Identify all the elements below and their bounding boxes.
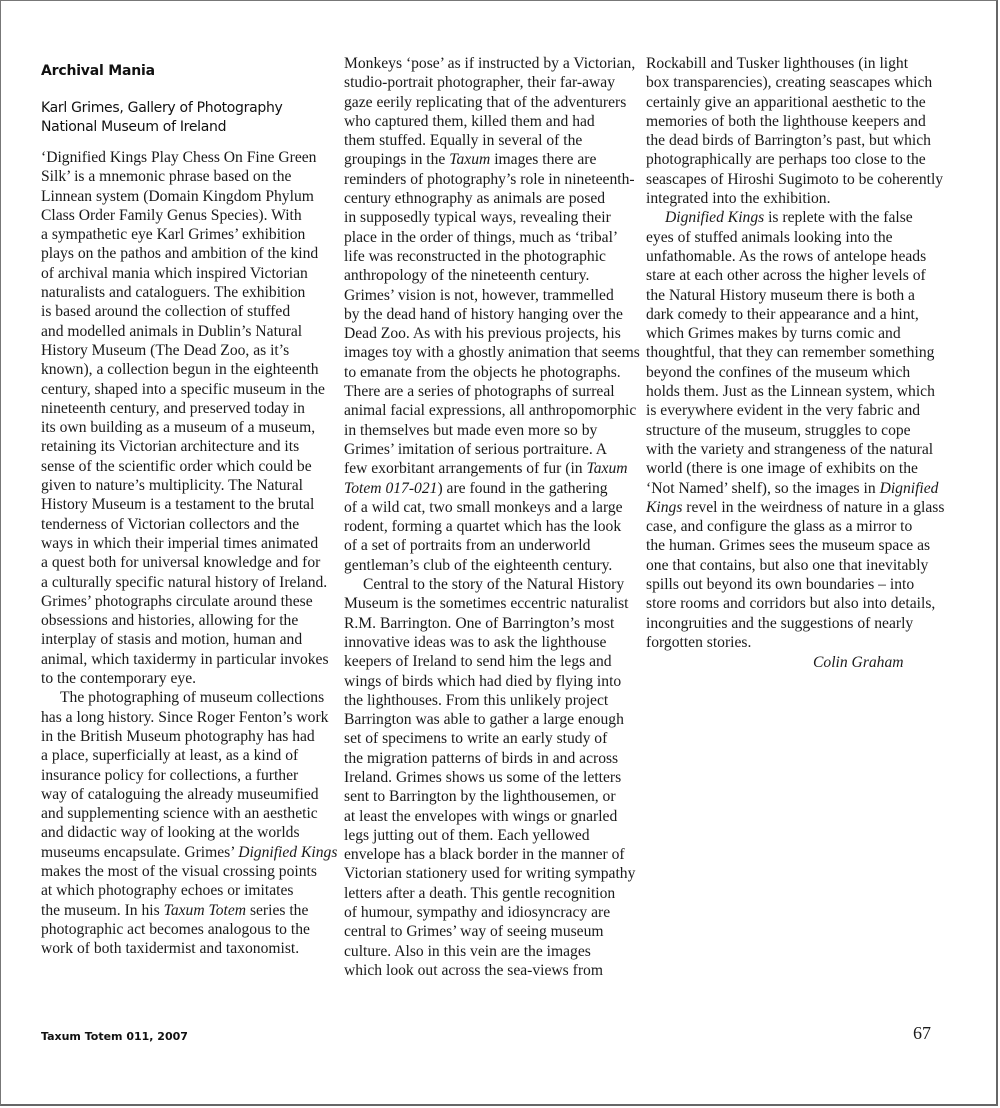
text-column-3: Rockabill and Tusker lighthouses (in lig…: [646, 54, 944, 652]
text-line: life was reconstructed in the photograph…: [344, 247, 640, 266]
text-line: tenderness of Victorian collectors and t…: [41, 515, 337, 534]
text-line: world (there is one image of exhibits on…: [646, 459, 944, 478]
italic-title: Kings: [646, 499, 682, 516]
text-line: work of both taxidermist and taxonomist.: [41, 939, 337, 958]
text-line: There are a series of photographs of sur…: [344, 382, 640, 401]
text-line: has a long history. Since Roger Fenton’s…: [41, 708, 337, 727]
text-line: Barrington was able to gather a large en…: [344, 710, 640, 729]
text-line: museums encapsulate. Grimes’ Dignified K…: [41, 843, 337, 862]
italic-title: Taxum: [449, 151, 490, 168]
text-line: Totem 017-021) are found in the gatherin…: [344, 479, 640, 498]
text-line: is everywhere evident in the very fabric…: [646, 401, 944, 420]
text-line: makes the most of the visual crossing po…: [41, 862, 337, 881]
image-caption: Taxum Totem 011, 2007: [41, 1030, 188, 1043]
text-line: R.M. Barrington. One of Barrington’s mos…: [344, 614, 640, 633]
text-line: nineteenth century, and preserved today …: [41, 399, 337, 418]
text-line: century, shaped into a specific museum i…: [41, 380, 337, 399]
text-line: and didactic way of looking at the world…: [41, 823, 337, 842]
text-line: memories of both the lighthouse keepers …: [646, 112, 944, 131]
text-line: store rooms and corridors but also into …: [646, 594, 944, 613]
text-line: a sympathetic eye Karl Grimes’ exhibitio…: [41, 225, 337, 244]
text-line: thoughtful, that they can remember somet…: [646, 343, 944, 362]
text-line: of archival mania which inspired Victori…: [41, 264, 337, 283]
text-line: legs jutting out of them. Each yellowed: [344, 826, 640, 845]
text-line: them stuffed. Equally in several of the: [344, 131, 640, 150]
text-line: letters after a death. This gentle recog…: [344, 884, 640, 903]
text-line: Grimes’ imitation of serious portraiture…: [344, 440, 640, 459]
text-line: case, and configure the glass as a mirro…: [646, 517, 944, 536]
text-column-1: ‘Dignified Kings Play Chess On Fine Gree…: [41, 148, 337, 958]
italic-title: Taxum: [586, 460, 627, 477]
text-line: to the contemporary eye.: [41, 669, 337, 688]
text-line: Rockabill and Tusker lighthouses (in lig…: [646, 54, 944, 73]
text-line: gentleman’s club of the eighteenth centu…: [344, 556, 640, 575]
text-line: box transparencies), creating seascapes …: [646, 73, 944, 92]
text-line: eyes of stuffed animals looking into the: [646, 228, 944, 247]
text-line: to emanate from the objects he photograp…: [344, 363, 640, 382]
italic-title: Dignified Kings: [665, 209, 764, 226]
text-line: given to nature’s multiplicity. The Natu…: [41, 476, 337, 495]
text-line: which Grimes makes by turns comic and: [646, 324, 944, 343]
text-line: and modelled animals in Dublin’s Natural: [41, 322, 337, 341]
text-line: a culturally specific natural history of…: [41, 573, 337, 592]
text-line: in the British Museum photography has ha…: [41, 727, 337, 746]
text-line: Dead Zoo. As with his previous projects,…: [344, 324, 640, 343]
text-line: ways in which their imperial times anima…: [41, 534, 337, 553]
byline-line-artist: Karl Grimes, Gallery of Photography: [41, 99, 283, 118]
text-line: reminders of photography’s role in ninet…: [344, 170, 640, 189]
text-line: stare at each other across the higher le…: [646, 266, 944, 285]
text-line: Central to the story of the Natural Hist…: [344, 575, 640, 594]
text-line: History Museum (The Dead Zoo, as it’s: [41, 341, 337, 360]
text-line: the Natural History museum there is both…: [646, 286, 944, 305]
text-line: History Museum is a testament to the bru…: [41, 495, 337, 514]
text-line: envelope has a black border in the manne…: [344, 845, 640, 864]
text-line: few exorbitant arrangements of fur (in T…: [344, 459, 640, 478]
text-line: seascapes of Hiroshi Sugimoto to be cohe…: [646, 170, 944, 189]
text-line: by the dead hand of history hanging over…: [344, 305, 640, 324]
text-line: structure of the museum, struggles to co…: [646, 421, 944, 440]
text-line: at which photography echoes or imitates: [41, 881, 337, 900]
text-line: who captured them, killed them and had: [344, 112, 640, 131]
text-line: certainly give an apparitional aesthetic…: [646, 93, 944, 112]
text-line: Grimes’ vision is not, however, trammell…: [344, 286, 640, 305]
text-line: ‘Not Named’ shelf), so the images in Dig…: [646, 479, 944, 498]
text-line: of humour, sympathy and idiosyncracy are: [344, 903, 640, 922]
text-line: one that contains, but also one that ine…: [646, 556, 944, 575]
author-signature: Colin Graham: [813, 654, 904, 672]
text-line: integrated into the exhibition.: [646, 189, 944, 208]
text-line: central to Grimes’ way of seeing museum: [344, 922, 640, 941]
text-line: which look out across the sea-views from: [344, 961, 640, 980]
text-line: the dead birds of Barrington’s past, but…: [646, 131, 944, 150]
text-line: unfathomable. As the rows of antelope he…: [646, 247, 944, 266]
text-line: groupings in the Taxum images there are: [344, 150, 640, 169]
text-line: Dignified Kings is replete with the fals…: [646, 208, 944, 227]
text-line: anthropology of the nineteenth century.: [344, 266, 640, 285]
text-line: photographic act becomes analogous to th…: [41, 920, 337, 939]
text-line: the lighthouses. From this unlikely proj…: [344, 691, 640, 710]
byline-line-venue: National Museum of Ireland: [41, 118, 283, 137]
text-line: animal facial expressions, all anthropom…: [344, 401, 640, 420]
text-line: the museum. In his Taxum Totem series th…: [41, 901, 337, 920]
text-line: a place, superficially at least, as a ki…: [41, 746, 337, 765]
text-line: gaze eerily replicating that of the adve…: [344, 93, 640, 112]
text-line: sent to Barrington by the lighthousemen,…: [344, 787, 640, 806]
text-line: forgotten stories.: [646, 633, 944, 652]
italic-title: Totem 017-021: [344, 480, 437, 497]
text-line: the migration patterns of birds in and a…: [344, 749, 640, 768]
text-line: sense of the scientific order which coul…: [41, 457, 337, 476]
text-line: Ireland. Grimes shows us some of the let…: [344, 768, 640, 787]
text-line: wings of birds which had died by flying …: [344, 672, 640, 691]
article-title: Archival Mania: [41, 63, 155, 79]
text-line: ‘Dignified Kings Play Chess On Fine Gree…: [41, 148, 337, 167]
article-byline: Karl Grimes, Gallery of Photography Nati…: [41, 99, 283, 137]
text-line: retaining its Victorian architecture and…: [41, 437, 337, 456]
text-line: holds them. Just as the Linnean system, …: [646, 382, 944, 401]
italic-title: Taxum Totem: [164, 902, 246, 919]
text-line: Museum is the sometimes eccentric natura…: [344, 594, 640, 613]
text-line: set of specimens to write an early study…: [344, 729, 640, 748]
text-line: keepers of Ireland to send him the legs …: [344, 652, 640, 671]
text-line: interplay of stasis and motion, human an…: [41, 630, 337, 649]
text-line: innovative ideas was to ask the lighthou…: [344, 633, 640, 652]
text-line: images toy with a ghostly animation that…: [344, 343, 640, 362]
text-line: insurance policy for collections, a furt…: [41, 766, 337, 785]
italic-title: Dignified Kings: [238, 844, 337, 861]
text-line: Silk’ is a mnemonic phrase based on the: [41, 167, 337, 186]
text-line: studio-portrait photographer, their far-…: [344, 73, 640, 92]
text-line: Linnean system (Domain Kingdom Phylum: [41, 187, 337, 206]
text-line: way of cataloguing the already museumifi…: [41, 785, 337, 804]
text-line: century ethnography as animals are posed: [344, 189, 640, 208]
text-column-2: Monkeys ‘pose’ as if instructed by a Vic…: [344, 54, 640, 980]
text-line: a quest both for universal knowledge and…: [41, 553, 337, 572]
document-page: Archival Mania Karl Grimes, Gallery of P…: [0, 0, 998, 1106]
italic-title: Dignified: [880, 480, 939, 497]
text-line: animal, which taxidermy in particular in…: [41, 650, 337, 669]
text-line: place in the order of things, much as ‘t…: [344, 228, 640, 247]
text-line: Class Order Family Genus Species). With: [41, 206, 337, 225]
text-line: The photographing of museum collections: [41, 688, 337, 707]
text-line: plays on the pathos and ambition of the …: [41, 244, 337, 263]
text-line: Kings revel in the weirdness of nature i…: [646, 498, 944, 517]
text-line: of a wild cat, two small monkeys and a l…: [344, 498, 640, 517]
text-line: is based around the collection of stuffe…: [41, 302, 337, 321]
page-number: 67: [913, 1023, 931, 1044]
text-line: its own building as a museum of a museum…: [41, 418, 337, 437]
text-line: incongruities and the suggestions of nea…: [646, 614, 944, 633]
text-line: at least the envelopes with wings or gna…: [344, 807, 640, 826]
text-line: culture. Also in this vein are the image…: [344, 942, 640, 961]
text-line: photographically are perhaps too close t…: [646, 150, 944, 169]
text-line: naturalists and cataloguers. The exhibit…: [41, 283, 337, 302]
text-line: in themselves but made even more so by: [344, 421, 640, 440]
text-line: the human. Grimes sees the museum space …: [646, 536, 944, 555]
text-line: rodent, forming a quartet which has the …: [344, 517, 640, 536]
text-line: known), a collection begun in the eighte…: [41, 360, 337, 379]
text-line: with the variety and strangeness of the …: [646, 440, 944, 459]
text-line: beyond the confines of the museum which: [646, 363, 944, 382]
text-line: Victorian stationery used for writing sy…: [344, 864, 640, 883]
text-line: of a set of portraits from an underworld: [344, 536, 640, 555]
text-line: dark comedy to their appearance and a hi…: [646, 305, 944, 324]
text-line: in supposedly typical ways, revealing th…: [344, 208, 640, 227]
text-line: spills out beyond its own boundaries – i…: [646, 575, 944, 594]
text-line: obsessions and histories, allowing for t…: [41, 611, 337, 630]
text-line: and supplementing science with an aesthe…: [41, 804, 337, 823]
text-line: Grimes’ photographs circulate around the…: [41, 592, 337, 611]
text-line: Monkeys ‘pose’ as if instructed by a Vic…: [344, 54, 640, 73]
